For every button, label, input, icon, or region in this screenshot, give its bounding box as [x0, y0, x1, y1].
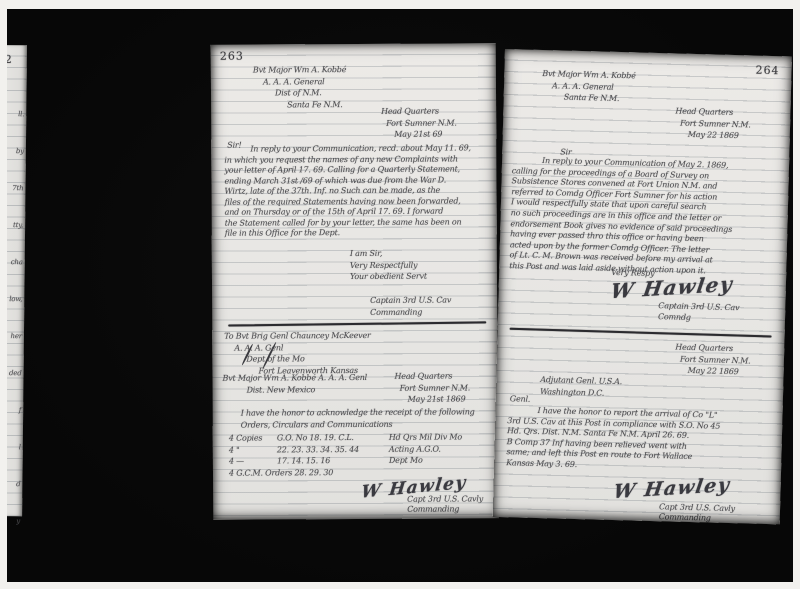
- address-line: Santa Fe N.M.: [564, 92, 636, 105]
- letter2-signer-title: Capt 3rd U.S. CavlyCommanding: [395, 494, 483, 514]
- title-line: Commanding: [659, 512, 735, 523]
- closing-line: Your obedient Servt: [350, 271, 427, 283]
- dateline-line: May 22 1869: [688, 129, 751, 142]
- orders-list: 4 Copies G.O. No 18. 19. C.L. Hd Qrs Mil…: [229, 431, 487, 478]
- address-line: Dist of N.M.: [275, 87, 346, 99]
- address-line: Santa Fe N.M.: [287, 99, 346, 111]
- letter2-dateline: Head QuartersFort Sumner N.M.May 21st 18…: [394, 370, 470, 405]
- dateline-line: Fort Sumner N.M.: [400, 382, 471, 394]
- letter1-dateline: Head QuartersFort Sumner N.M.May 22 1869: [675, 105, 751, 141]
- letter1-body: In reply to your Communication, recd. ab…: [224, 143, 486, 239]
- page-number-264: 264: [755, 64, 779, 78]
- letter1-dateline: Head QuartersFort Sumner N.M.May 21st 69: [381, 105, 457, 140]
- orders-ref: 17. 14. 15. 16: [277, 455, 389, 467]
- title-line: Captain 3rd U.S. Cav: [370, 294, 451, 306]
- orders-source: Acting A.G.O.: [389, 443, 487, 455]
- orders-source: Dept Mo: [389, 454, 487, 466]
- handwriting-fragment: d: [7, 479, 20, 516]
- ledger-page-264: 264 Bvt Major Wm A. KobbéA. A. A. Genera…: [493, 49, 792, 524]
- handwriting-fragment: by: [7, 146, 24, 183]
- title-line: Commanding: [370, 306, 451, 318]
- handwriting-fragment: her: [7, 331, 22, 368]
- letter2-from-line: Bvt Major Wm A. Kobbé A. A. A. Genl: [222, 372, 367, 384]
- letter1-signer-title: Captain 3rd U.S. CavCommanding: [360, 294, 451, 317]
- page-edge-262: 62 ll.by7thtty,chalow,herdedfldy: [7, 45, 27, 516]
- orders-qty: 4 —: [229, 455, 277, 467]
- address-line: A. A. A. General: [263, 76, 346, 88]
- dateline-line: May 21st 1869: [408, 393, 471, 405]
- orders-ref: [277, 466, 389, 478]
- ink-divider: [228, 321, 486, 326]
- closing-line: Very Respectfully: [350, 259, 427, 271]
- dateline-line: Head Quarters: [394, 370, 470, 382]
- address-line: To Bvt Brig Genl Chauncey McKeever: [224, 330, 370, 342]
- orders-qty: 4 ": [229, 444, 277, 456]
- body-line: In reply to your Communication, recd. ab…: [224, 143, 486, 155]
- handwriting-fragment: 7th: [7, 183, 24, 220]
- scan-border: 62 ll.by7thtty,chalow,herdedfldy 263 Bvt…: [0, 0, 800, 589]
- ink-divider: [510, 328, 772, 338]
- ledger-page-263: 263 Bvt Major Wm A. KobbéA. A. A. Genera…: [211, 43, 498, 519]
- page-number-263: 263: [220, 50, 244, 63]
- line-end-fragments: ll.by7thtty,chalow,herdedfldy: [7, 109, 24, 553]
- letter2-salutation: Genl.: [510, 393, 531, 405]
- closing-line: I am Sir,: [350, 248, 427, 260]
- body-line: the Statement called for by your letter,…: [225, 217, 487, 229]
- handwriting-fragment: ded: [7, 368, 22, 405]
- body-line: files of the required Statements having …: [225, 196, 487, 208]
- letter2-body: I have the honor to report the arrival o…: [506, 405, 774, 476]
- page-number-262: 62: [7, 53, 13, 66]
- letter2-from-line2: Dist. New Mexico: [247, 384, 316, 396]
- address-line: Dept of the Mo: [246, 353, 370, 365]
- letter2-signer-title: Capt 3rd U.S. CavlyCommanding: [645, 502, 735, 523]
- handwriting-fragment: tty,: [7, 220, 23, 257]
- signature-w-hawley: W Hawley: [612, 474, 732, 503]
- handwriting-fragment: f: [7, 405, 21, 442]
- handwriting-fragment: l: [7, 442, 21, 479]
- film-background: 62 ll.by7thtty,chalow,herdedfldy 263 Bvt…: [7, 9, 793, 582]
- letter1-signer-title: Captain 3rd U.S. CavComndg: [644, 301, 740, 324]
- handwriting-fragment: cha: [7, 257, 23, 294]
- address-line: Washington D.C.: [540, 386, 622, 400]
- letter1-address: Bvt Major Wm A. KobbéA. A. A. GeneralSan…: [542, 68, 636, 105]
- letter2-dateline: Head QuartersFort Sumner N.M.May 22 1869: [674, 342, 750, 378]
- letter2-address: Adjutant Genl. U.S.A.Washington D.C.: [526, 374, 622, 399]
- dateline-line: May 22 1869: [687, 365, 750, 378]
- handwriting-fragment: low,: [7, 294, 22, 331]
- title-line: Comndg: [658, 312, 739, 325]
- body-line: your letter of April 17. 69. Calling for…: [224, 164, 486, 176]
- body-line: I have the honor to acknowledge the rece…: [227, 406, 489, 419]
- letter2-address: To Bvt Brig Genl Chauncey McKeeverA. A. …: [224, 330, 371, 377]
- orders-ref: 22. 23. 33. 34. 35. 44: [277, 443, 389, 455]
- title-line: Capt 3rd U.S. Cavly: [407, 494, 483, 504]
- handwriting-fragment: ll.: [7, 109, 24, 146]
- body-line: file in this Office for the Dept.: [225, 227, 487, 239]
- dateline-line: Head Quarters: [381, 105, 457, 117]
- orders-qty: 4 G.C.M. Orders 28. 29. 30: [229, 467, 277, 479]
- letter2-body: I have the honor to acknowledge the rece…: [227, 406, 489, 430]
- address-line: Bvt Major Wm A. Kobbé: [253, 64, 346, 76]
- title-line: Commanding: [407, 504, 483, 514]
- dateline-line: Fort Sumner N.M.: [386, 117, 457, 129]
- dateline-line: May 21st 69: [394, 128, 457, 140]
- address-line: A. A. A. Genl: [234, 341, 370, 353]
- handwriting-fragment: y: [7, 516, 20, 553]
- letter1-body: In reply to your Communication of May 2.…: [509, 155, 780, 279]
- orders-source: Hd Qrs Mil Div Mo: [389, 431, 487, 443]
- orders-qty: 4 Copies: [229, 432, 277, 444]
- body-line: Orders, Circulars and Communications: [227, 418, 489, 431]
- orders-ref: G.O. No 18. 19. C.L.: [277, 432, 389, 444]
- letter1-address: Bvt Major Wm A. KobbéA. A. A. GeneralDis…: [253, 64, 347, 110]
- letter1-closing: I am Sir,Very RespectfullyYour obedient …: [340, 248, 427, 283]
